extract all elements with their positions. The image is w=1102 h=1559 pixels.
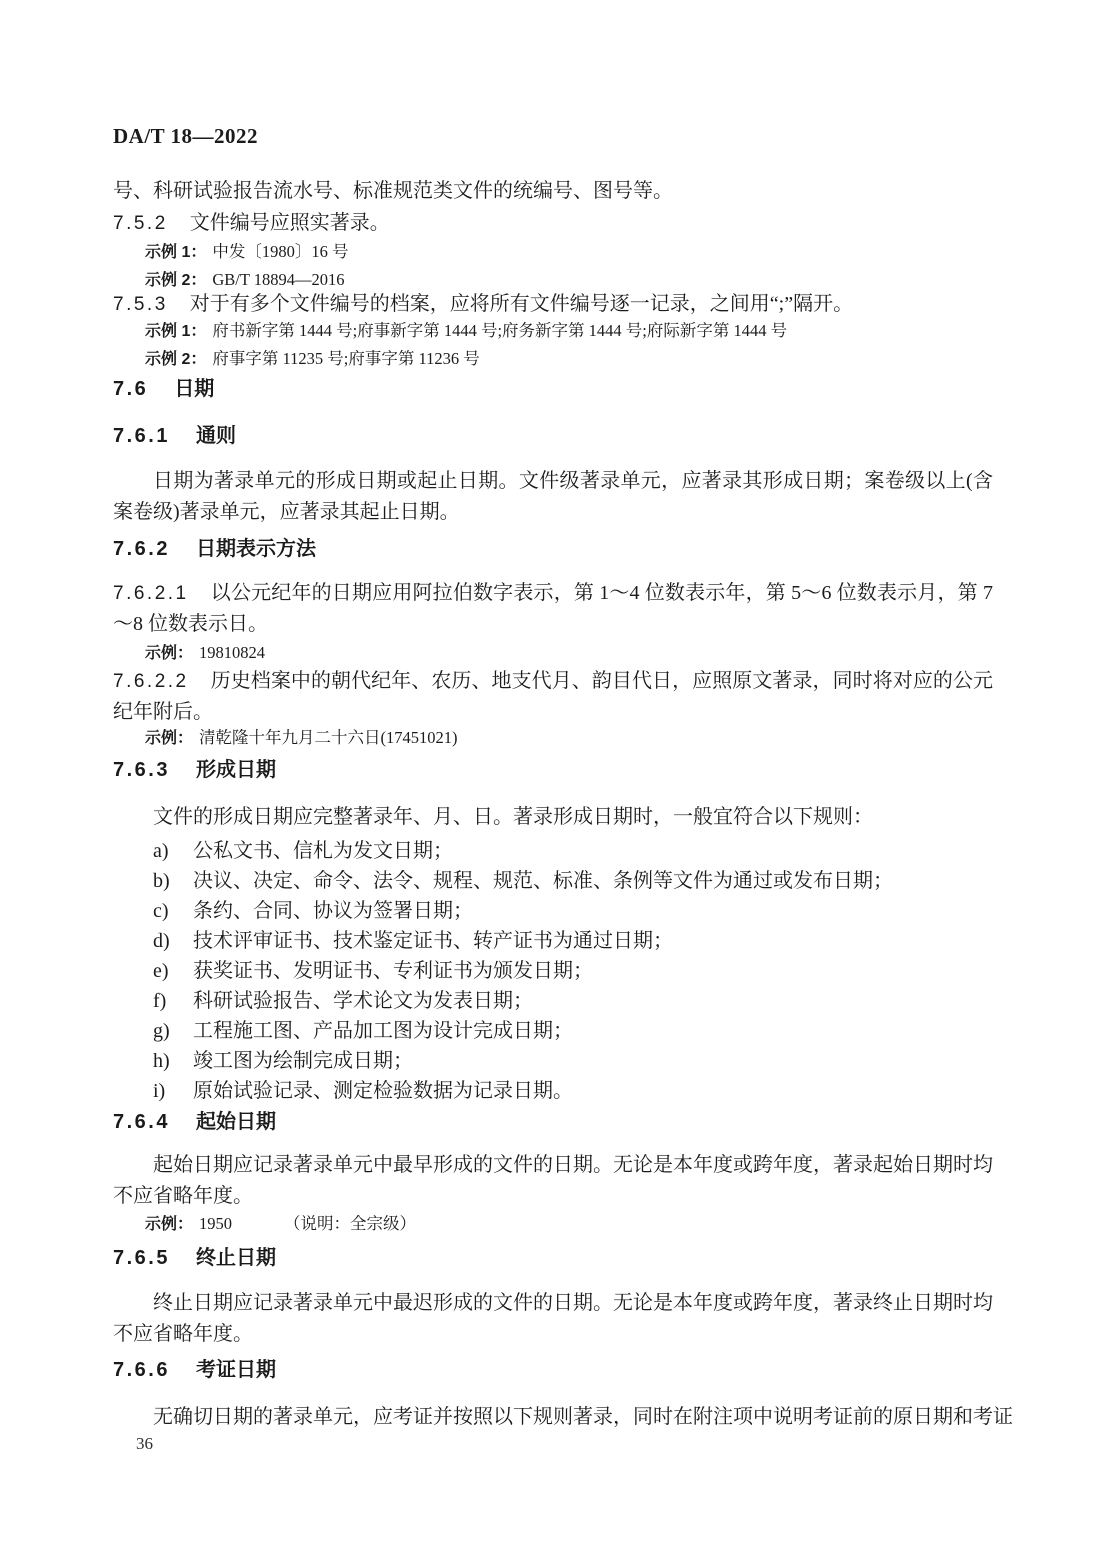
example-line: 示例 1：中发〔1980〕16 号	[113, 238, 993, 266]
clause-number: 7.6.2.1	[113, 583, 189, 604]
example-7-6-2-2: 示例：清乾隆十年九月二十六日(17451021)	[113, 724, 993, 752]
list-item: e)获奖证书、发明证书、专利证书为颁发日期；	[113, 956, 993, 986]
example-line: 示例：清乾隆十年九月二十六日(17451021)	[113, 724, 993, 752]
example-label: 示例 1：	[145, 244, 206, 261]
heading-number: 7.6.6	[113, 1359, 170, 1381]
heading-7-6-3: 7.6.3形成日期	[113, 758, 993, 782]
example-label: 示例 1：	[145, 323, 206, 340]
list-text: 工程施工图、产品加工图为设计完成日期；	[193, 1020, 573, 1042]
list-text: 科研试验报告、学术论文为发表日期；	[193, 990, 533, 1012]
list-item: a)公私文书、信札为发文日期；	[113, 836, 993, 866]
list-text: 原始试验记录、测定检验数据为记录日期。	[193, 1080, 573, 1102]
heading-7-6-6: 7.6.6考证日期	[113, 1358, 993, 1382]
heading-title: 日期表示方法	[196, 538, 316, 560]
example-label: 示例：	[145, 730, 193, 747]
example-7-6-4: 示例：1950（说明：全宗级）	[113, 1210, 993, 1238]
example-label: 示例 2：	[145, 272, 206, 289]
clause-number: 7.5.2	[113, 213, 168, 234]
example-text: 府事字第 11235 号;府事字第 11236 号	[212, 349, 479, 368]
paragraph-continuation: 号、科研试验报告流水号、标准规范类文件的统编号、图号等。	[113, 176, 993, 207]
paragraph-7-6-6: 无确切日期的著录单元，应考证并按照以下规则著录，同时在附注项中说明考证前的原日期…	[113, 1402, 993, 1433]
paragraph-7-6-1: 日期为著录单元的形成日期或起止日期。文件级著录单元，应著录其形成日期；案卷级以上…	[113, 466, 993, 528]
list-marker: a)	[153, 836, 169, 866]
heading-number: 7.6.4	[113, 1111, 170, 1133]
list-text: 获奖证书、发明证书、专利证书为颁发日期；	[193, 960, 593, 982]
example-line: 示例 2：府事字第 11235 号;府事字第 11236 号	[113, 345, 993, 373]
paragraph-7-6-3: 文件的形成日期应完整著录年、月、日。著录形成日期时，一般宜符合以下规则：	[113, 802, 993, 833]
heading-number: 7.6	[113, 378, 148, 400]
document-page: DA/T 18—2022 号、科研试验报告流水号、标准规范类文件的统编号、图号等…	[0, 0, 1102, 1559]
example-label: 示例：	[145, 1216, 193, 1233]
heading-title: 通则	[196, 425, 236, 447]
clause-text: 以公元纪年的日期应用阿拉伯数字表示，第 1～4 位数表示年，第 5～6 位数表示…	[113, 582, 993, 635]
heading-title: 起始日期	[196, 1111, 276, 1133]
example-note: （说明：全宗级）	[284, 1214, 416, 1233]
list-marker: b)	[153, 866, 170, 896]
paragraph-7-6-4: 起始日期应记录著录单元中最早形成的文件的日期。无论是本年度或跨年度，著录起始日期…	[113, 1150, 993, 1212]
example-line: 示例 1：府书新字第 1444 号;府事新字第 1444 号;府务新字第 144…	[113, 317, 993, 345]
clause-number: 7.6.2.2	[113, 671, 189, 692]
example-text: 中发〔1980〕16 号	[212, 242, 348, 261]
list-marker: i)	[153, 1076, 165, 1106]
list-item: c)条约、合同、协议为签署日期；	[113, 896, 993, 926]
paragraph-7-6-5: 终止日期应记录著录单元中最迟形成的文件的日期。无论是本年度或跨年度，著录终止日期…	[113, 1288, 993, 1350]
list-text: 竣工图为绘制完成日期；	[193, 1050, 413, 1072]
list-text: 条约、合同、协议为签署日期；	[193, 900, 473, 922]
example-text: 1950	[199, 1214, 232, 1233]
heading-number: 7.6.3	[113, 759, 170, 781]
example-line: 示例：1950（说明：全宗级）	[113, 1210, 993, 1238]
clause-7-6-2-2: 7.6.2.2历史档案中的朝代纪年、农历、地支代月、韵目代日，应照原文著录，同时…	[113, 666, 993, 728]
heading-number: 7.6.5	[113, 1247, 170, 1269]
list-text: 技术评审证书、技术鉴定证书、转产证书为通过日期；	[193, 930, 673, 952]
example-7-6-2-1: 示例：19810824	[113, 639, 993, 667]
rules-list-7-6-3: a)公私文书、信札为发文日期； b)决议、决定、命令、法令、规程、规范、标准、条…	[113, 836, 993, 1106]
clause-7-6-2-1: 7.6.2.1以公元纪年的日期应用阿拉伯数字表示，第 1～4 位数表示年，第 5…	[113, 578, 993, 640]
list-text: 公私文书、信札为发文日期；	[193, 840, 453, 862]
list-item: d)技术评审证书、技术鉴定证书、转产证书为通过日期；	[113, 926, 993, 956]
heading-title: 形成日期	[196, 759, 276, 781]
examples-7-5-2: 示例 1：中发〔1980〕16 号 示例 2：GB/T 18894—2016	[113, 238, 993, 294]
example-text: 清乾隆十年九月二十六日(17451021)	[199, 728, 458, 747]
heading-number: 7.6.1	[113, 425, 170, 447]
list-item: i)原始试验记录、测定检验数据为记录日期。	[113, 1076, 993, 1106]
clause-7-5-2: 7.5.2文件编号应照实著录。	[113, 208, 993, 239]
list-item: b)决议、决定、命令、法令、规程、规范、标准、条例等文件为通过或发布日期；	[113, 866, 993, 896]
clause-text: 文件编号应照实著录。	[190, 212, 390, 234]
heading-number: 7.6.2	[113, 538, 170, 560]
heading-7-6-2: 7.6.2日期表示方法	[113, 537, 993, 561]
example-text: GB/T 18894—2016	[212, 270, 344, 289]
list-marker: d)	[153, 926, 170, 956]
example-text: 19810824	[199, 643, 265, 662]
example-label: 示例：	[145, 645, 193, 662]
examples-7-5-3: 示例 1：府书新字第 1444 号;府事新字第 1444 号;府务新字第 144…	[113, 317, 993, 373]
clause-text: 历史档案中的朝代纪年、农历、地支代月、韵目代日，应照原文著录，同时将对应的公元纪…	[113, 670, 993, 723]
list-item: g)工程施工图、产品加工图为设计完成日期；	[113, 1016, 993, 1046]
clause-7-5-3: 7.5.3对于有多个文件编号的档案，应将所有文件编号逐一记录，之间用“;”隔开。	[113, 289, 993, 320]
list-marker: e)	[153, 956, 169, 986]
heading-title: 考证日期	[196, 1359, 276, 1381]
heading-title: 日期	[174, 378, 214, 400]
example-label: 示例 2：	[145, 351, 206, 368]
list-text: 决议、决定、命令、法令、规程、规范、标准、条例等文件为通过或发布日期；	[193, 870, 893, 892]
clause-number: 7.5.3	[113, 294, 168, 315]
heading-7-6-5: 7.6.5终止日期	[113, 1246, 993, 1270]
heading-title: 终止日期	[196, 1247, 276, 1269]
example-text: 府书新字第 1444 号;府事新字第 1444 号;府务新字第 1444 号;府…	[212, 321, 787, 340]
list-marker: g)	[153, 1016, 170, 1046]
list-item: f)科研试验报告、学术论文为发表日期；	[113, 986, 993, 1016]
heading-7-6: 7.6日期	[113, 377, 993, 401]
example-line: 示例：19810824	[113, 639, 993, 667]
list-item: h)竣工图为绘制完成日期；	[113, 1046, 993, 1076]
page-number: 36	[136, 1434, 153, 1454]
list-marker: f)	[153, 986, 166, 1016]
heading-7-6-1: 7.6.1通则	[113, 424, 993, 448]
heading-7-6-4: 7.6.4起始日期	[113, 1110, 993, 1134]
list-marker: h)	[153, 1046, 170, 1076]
doc-code-header: DA/T 18—2022	[113, 123, 993, 149]
clause-text: 对于有多个文件编号的档案，应将所有文件编号逐一记录，之间用“;”隔开。	[190, 293, 853, 315]
list-marker: c)	[153, 896, 169, 926]
